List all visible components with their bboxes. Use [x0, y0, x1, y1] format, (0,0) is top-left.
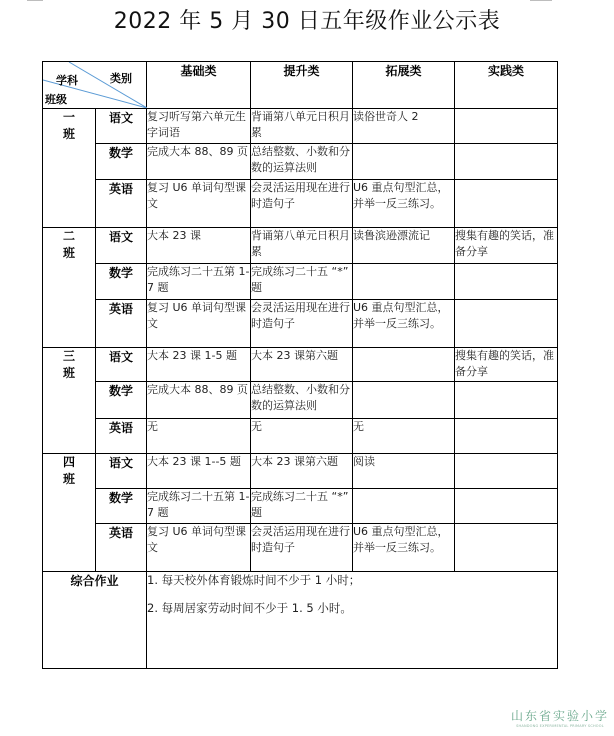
homework-cell: 阅读: [353, 454, 455, 489]
homework-cell: [455, 489, 558, 524]
table-row: 英语复习 U6 单词句型课文会灵活运用现在进行时造句子U6 重点句型汇总，并举一…: [43, 524, 558, 572]
homework-table: 学科 类别 班级 基础类 提升类 拓展类 实践类 一 班语文复习听写第六单元生字…: [42, 61, 558, 669]
homework-cell: [353, 264, 455, 300]
homework-cell: [455, 180, 558, 228]
homework-cell: 大本 23 课 1-5 题: [147, 348, 251, 382]
homework-cell: [455, 382, 558, 419]
homework-cell: [455, 524, 558, 572]
subject-cell: 英语: [96, 300, 147, 348]
homework-cell: 背诵第八单元日积月累: [251, 228, 353, 264]
subject-cell: 英语: [96, 524, 147, 572]
subject-cell: 语文: [96, 454, 147, 489]
homework-cell: [353, 144, 455, 180]
table-row: 三 班语文大本 23 课 1-5 题大本 23 课第六题搜集有趣的笑话，准备分享: [43, 348, 558, 382]
homework-cell: 复习 U6 单词句型课文: [147, 524, 251, 572]
homework-cell: 读俗世奇人 2: [353, 109, 455, 144]
homework-cell: 会灵活运用现在进行时造句子: [251, 524, 353, 572]
corner-category-label: 类别: [110, 70, 132, 86]
homework-cell: 背诵第八单元日积月累: [251, 109, 353, 144]
column-header-improve: 提升类: [251, 62, 353, 109]
homework-cell: 会灵活运用现在进行时造句子: [251, 300, 353, 348]
homework-cell: 读鲁滨逊漂流记: [353, 228, 455, 264]
corner-subject-label: 学科: [56, 72, 78, 88]
summary-item: 2. 每周居家劳动时间不少于 1. 5 小时。: [147, 600, 557, 616]
homework-cell: U6 重点句型汇总，并举一反三练习。: [353, 524, 455, 572]
homework-cell: 搜集有趣的笑话，准备分享: [455, 228, 558, 264]
homework-cell: 大本 23 课 1--5 题: [147, 454, 251, 489]
subject-cell: 数学: [96, 382, 147, 419]
column-header-basic: 基础类: [147, 62, 251, 109]
homework-cell: [455, 300, 558, 348]
homework-cell: 会灵活运用现在进行时造句子: [251, 180, 353, 228]
table-row: 一 班语文复习听写第六单元生字词语背诵第八单元日积月累读俗世奇人 2: [43, 109, 558, 144]
homework-cell: 无: [147, 419, 251, 454]
table-row: 数学完成练习二十五第 1-7 题完成练习二十五 “*” 题: [43, 489, 558, 524]
homework-cell: 复习 U6 单词句型课文: [147, 300, 251, 348]
homework-cell: 复习听写第六单元生字词语: [147, 109, 251, 144]
table-row: 数学完成大本 88、89 页总结整数、小数和分数的运算法则: [43, 382, 558, 419]
homework-cell: 完成练习二十五第 1-7 题: [147, 489, 251, 524]
table-row: 数学完成练习二十五第 1-7 题完成练习二十五 “*” 题: [43, 264, 558, 300]
column-header-extend: 拓展类: [353, 62, 455, 109]
table-row: 四 班语文大本 23 课 1--5 题大本 23 课第六题阅读: [43, 454, 558, 489]
homework-cell: 大本 23 课第六题: [251, 454, 353, 489]
corner-class-label: 班级: [45, 91, 67, 107]
page-corner-mark-left: [27, 0, 43, 1]
homework-cell: 无: [251, 419, 353, 454]
homework-cell: 无: [353, 419, 455, 454]
subject-cell: 语文: [96, 228, 147, 264]
homework-cell: 总结整数、小数和分数的运算法则: [251, 382, 353, 419]
homework-cell: [455, 264, 558, 300]
table-row: 英语无无无: [43, 419, 558, 454]
class-name-cell: 一 班: [43, 109, 96, 228]
summary-row: 综合作业 1. 每天校外体育锻炼时间不少于 1 小时； 2. 每周居家劳动时间不…: [43, 572, 558, 669]
school-logo: 山东省实验小学 SHANDONG EXPERIMENTAL PRIMARY SC…: [511, 707, 609, 728]
table-row: 英语复习 U6 单词句型课文会灵活运用现在进行时造句子U6 重点句型汇总，并举一…: [43, 300, 558, 348]
header-row: 学科 类别 班级 基础类 提升类 拓展类 实践类: [43, 62, 558, 109]
homework-cell: 完成练习二十五 “*” 题: [251, 489, 353, 524]
page-title: 2022 年 5 月 30 日五年级作业公示表: [0, 4, 614, 35]
subject-cell: 数学: [96, 264, 147, 300]
subject-cell: 数学: [96, 144, 147, 180]
column-header-practice: 实践类: [455, 62, 558, 109]
subject-cell: 英语: [96, 180, 147, 228]
subject-cell: 语文: [96, 109, 147, 144]
subject-cell: 语文: [96, 348, 147, 382]
class-name-cell: 二 班: [43, 228, 96, 348]
homework-cell: 完成大本 88、89 页: [147, 382, 251, 419]
homework-cell: 完成练习二十五第 1-7 题: [147, 264, 251, 300]
homework-cell: 总结整数、小数和分数的运算法则: [251, 144, 353, 180]
homework-cell: [455, 419, 558, 454]
homework-cell: [353, 348, 455, 382]
homework-cell: 大本 23 课第六题: [251, 348, 353, 382]
logo-english-text: SHANDONG EXPERIMENTAL PRIMARY SCHOOL: [511, 724, 609, 728]
summary-item: 1. 每天校外体育锻炼时间不少于 1 小时；: [147, 572, 557, 588]
homework-cell: 大本 23 课: [147, 228, 251, 264]
summary-content: 1. 每天校外体育锻炼时间不少于 1 小时； 2. 每周居家劳动时间不少于 1.…: [147, 572, 558, 669]
summary-label: 综合作业: [43, 572, 147, 669]
homework-cell: [455, 109, 558, 144]
subject-cell: 英语: [96, 419, 147, 454]
class-name-cell: 三 班: [43, 348, 96, 454]
homework-cell: U6 重点句型汇总，并举一反三练习。: [353, 180, 455, 228]
homework-cell: [455, 144, 558, 180]
logo-chinese-text: 山东省实验小学: [511, 707, 609, 724]
homework-cell: [353, 489, 455, 524]
diagonal-header-cell: 学科 类别 班级: [43, 62, 147, 109]
homework-cell: U6 重点句型汇总，并举一反三练习。: [353, 300, 455, 348]
table-row: 英语复习 U6 单词句型课文会灵活运用现在进行时造句子U6 重点句型汇总，并举一…: [43, 180, 558, 228]
homework-cell: 完成大本 88、89 页: [147, 144, 251, 180]
homework-cell: [353, 382, 455, 419]
homework-cell: 完成练习二十五 “*” 题: [251, 264, 353, 300]
subject-cell: 数学: [96, 489, 147, 524]
homework-cell: 复习 U6 单词句型课文: [147, 180, 251, 228]
homework-cell: [455, 454, 558, 489]
page-corner-mark-right: [530, 0, 552, 1]
table-row: 二 班语文大本 23 课背诵第八单元日积月累读鲁滨逊漂流记搜集有趣的笑话，准备分…: [43, 228, 558, 264]
homework-cell: 搜集有趣的笑话，准备分享: [455, 348, 558, 382]
class-name-cell: 四 班: [43, 454, 96, 572]
table-row: 数学完成大本 88、89 页总结整数、小数和分数的运算法则: [43, 144, 558, 180]
